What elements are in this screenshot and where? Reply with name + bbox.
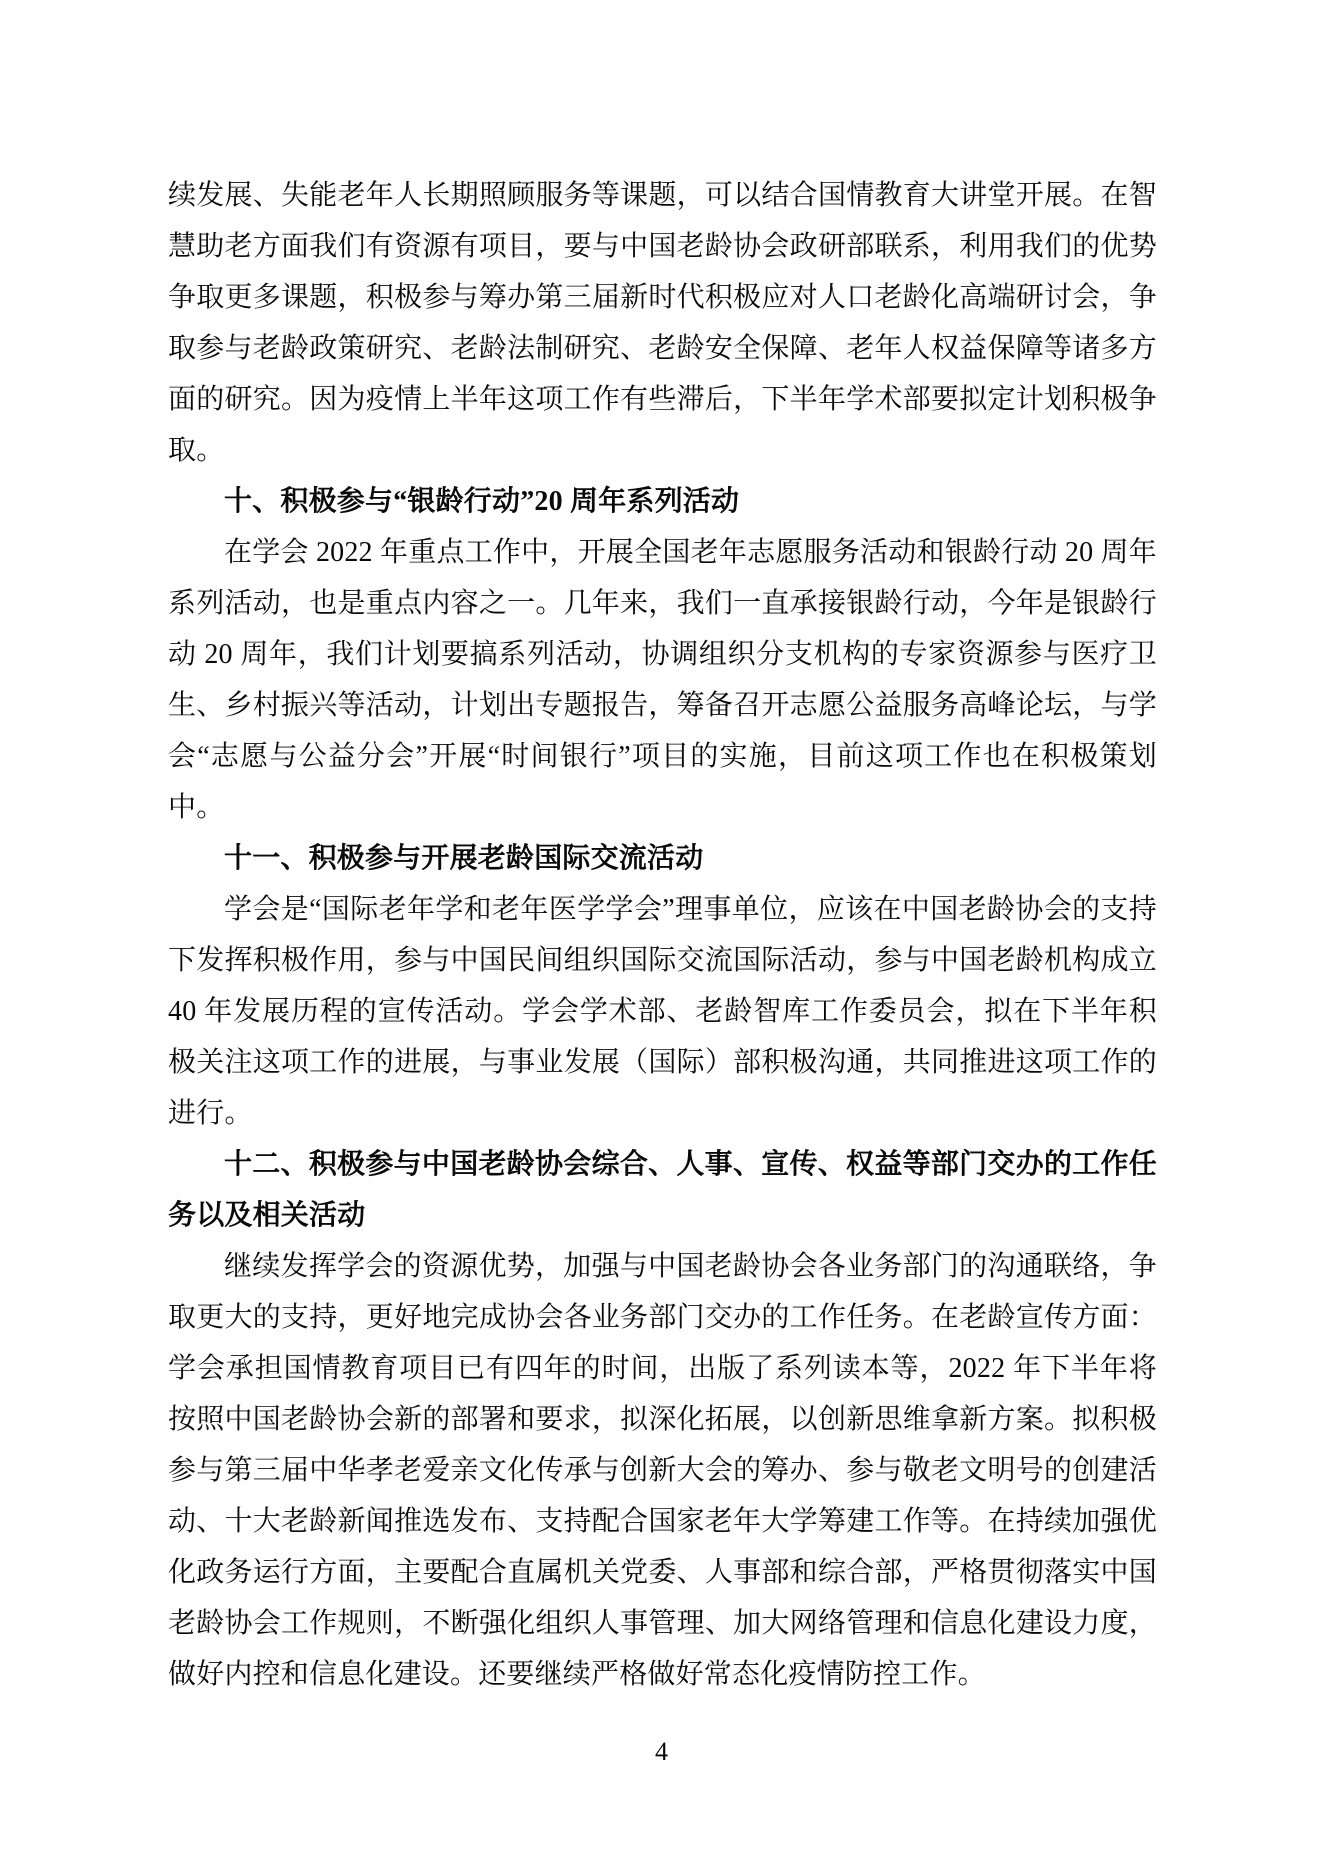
section-heading-twelve: 十二、积极参与中国老龄协会综合、人事、宣传、权益等部门交办的工作任务以及相关活动 xyxy=(168,1139,1157,1241)
document-page: 续发展、失能老年人长期照顾服务等课题，可以结合国情教育大讲堂开展。在智慧助老方面… xyxy=(0,0,1323,1871)
section-heading-eleven: 十一、积极参与开展老龄国际交流活动 xyxy=(168,833,1157,884)
paragraph-silver-age-action: 在学会 2022 年重点工作中，开展全国老年志愿服务活动和银龄行动 20 周年系… xyxy=(168,527,1157,833)
paragraph-continuation: 续发展、失能老年人长期照顾服务等课题，可以结合国情教育大讲堂开展。在智慧助老方面… xyxy=(168,170,1157,476)
paragraph-assigned-tasks: 继续发挥学会的资源优势，加强与中国老龄协会各业务部门的沟通联络，争取更大的支持，… xyxy=(168,1241,1157,1700)
page-number: 4 xyxy=(0,1736,1323,1768)
section-heading-ten: 十、积极参与“银龄行动”20 周年系列活动 xyxy=(168,476,1157,527)
paragraph-international-exchange: 学会是“国际老年学和老年医学学会”理事单位，应该在中国老龄协会的支持下发挥积极作… xyxy=(168,884,1157,1139)
